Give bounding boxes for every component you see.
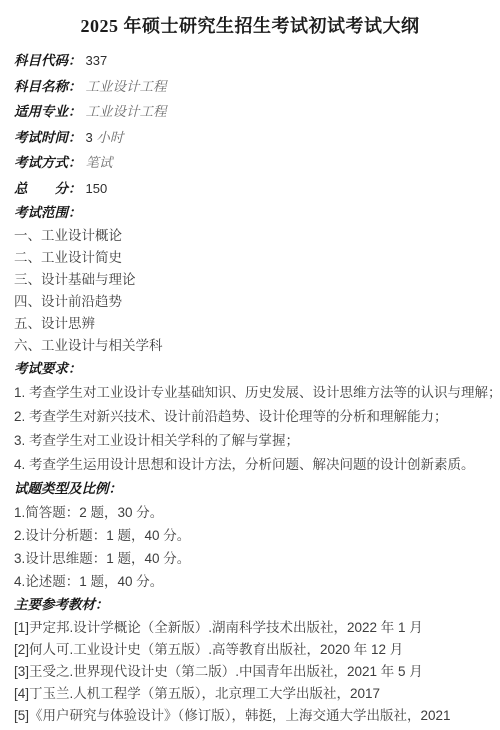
- meta-label: 适用专业：: [14, 104, 82, 119]
- subject-meta-section: 科目代码：337 科目名称：工业设计工程 适用专业：工业设计工程 考试时间：3 …: [14, 48, 486, 201]
- section-question-types: 试题类型及比例： 1.简答题：2 题，30 分。 2.设计分析题：1 题，40 …: [14, 477, 486, 593]
- text-line: [1]尹定邦.设计学概论（全新版）.湖南科学技术出版社，2022 年 1 月: [14, 617, 486, 639]
- text-line: 六、工业设计与相关学科: [14, 335, 486, 357]
- meta-value-plain: 150: [86, 181, 108, 196]
- exam-requirements-heading: 考试要求：: [14, 357, 486, 381]
- document-title: 2025 年硕士研究生招生考试初试考试大纲: [14, 14, 486, 38]
- meta-label: 科目名称：: [14, 79, 82, 94]
- text-line: [5]《用户研究与体验设计》（修订版），韩挺，上海交通大学出版社，2021: [14, 705, 486, 727]
- text-line: 1. 考查学生对工业设计专业基础知识、历史发展、设计思维方法等的认识与理解；: [14, 381, 486, 405]
- text-line: 三、设计基础与理论: [14, 269, 486, 291]
- meta-row: 总 分：150: [14, 176, 486, 202]
- references-list: [1]尹定邦.设计学概论（全新版）.湖南科学技术出版社，2022 年 1 月 […: [14, 617, 486, 727]
- text-line: 2. 考查学生对新兴技术、设计前沿趋势、设计伦理等的分析和理解能力；: [14, 405, 486, 429]
- meta-label: 总 分：: [14, 181, 82, 196]
- text-line: 4. 考查学生运用设计思想和设计方法，分析问题、解决问题的设计创新素质。: [14, 453, 486, 477]
- exam-outline-document: 2025 年硕士研究生招生考试初试考试大纲 科目代码：337 科目名称：工业设计…: [0, 0, 500, 730]
- section-references: 主要参考教材： [1]尹定邦.设计学概论（全新版）.湖南科学技术出版社，2022…: [14, 593, 486, 727]
- meta-row: 考试方式：笔试: [14, 150, 486, 176]
- meta-value-plain: 3: [86, 130, 97, 145]
- text-line: 一、工业设计概论: [14, 225, 486, 247]
- text-line: 五、设计思辨: [14, 313, 486, 335]
- meta-value-plain: 337: [86, 53, 108, 68]
- meta-label: 考试方式：: [14, 155, 82, 170]
- text-line: 二、工业设计简史: [14, 247, 486, 269]
- text-line: 1.简答题：2 题，30 分。: [14, 501, 486, 524]
- text-line: 四、设计前沿趋势: [14, 291, 486, 313]
- text-line: 4.论述题：1 题，40 分。: [14, 570, 486, 593]
- text-line: 3. 考查学生对工业设计相关学科的了解与掌握；: [14, 429, 486, 453]
- exam-scope-heading: 考试范围：: [14, 201, 486, 225]
- meta-row: 考试时间：3 小时: [14, 125, 486, 151]
- section-exam-scope: 考试范围： 一、工业设计概论 二、工业设计简史 三、设计基础与理论 四、设计前沿…: [14, 201, 486, 357]
- meta-row: 科目名称：工业设计工程: [14, 74, 486, 100]
- meta-value-kai: 笔试: [86, 155, 113, 170]
- meta-value-kai: 工业设计工程: [86, 104, 167, 119]
- meta-label: 考试时间：: [14, 130, 82, 145]
- text-line: 2.设计分析题：1 题，40 分。: [14, 524, 486, 547]
- text-line: [2]何人可.工业设计史（第五版）.高等教育出版社，2020 年 12 月: [14, 639, 486, 661]
- exam-requirements-list: 1. 考查学生对工业设计专业基础知识、历史发展、设计思维方法等的认识与理解； 2…: [14, 381, 486, 477]
- text-line: [4]丁玉兰.人机工程学（第五版），北京理工大学出版社，2017: [14, 683, 486, 705]
- meta-value-kai: 小时: [96, 130, 123, 145]
- meta-label: 科目代码：: [14, 53, 82, 68]
- meta-row: 适用专业：工业设计工程: [14, 99, 486, 125]
- exam-scope-list: 一、工业设计概论 二、工业设计简史 三、设计基础与理论 四、设计前沿趋势 五、设…: [14, 225, 486, 357]
- question-types-list: 1.简答题：2 题，30 分。 2.设计分析题：1 题，40 分。 3.设计思维…: [14, 501, 486, 593]
- text-line: 3.设计思维题：1 题，40 分。: [14, 547, 486, 570]
- question-types-heading: 试题类型及比例：: [14, 477, 486, 501]
- meta-row: 科目代码：337: [14, 48, 486, 74]
- references-heading: 主要参考教材：: [14, 593, 486, 617]
- text-line: [3]王受之.世界现代设计史（第二版）.中国青年出版社，2021 年 5 月: [14, 661, 486, 683]
- meta-value-kai: 工业设计工程: [86, 79, 167, 94]
- section-exam-requirements: 考试要求： 1. 考查学生对工业设计专业基础知识、历史发展、设计思维方法等的认识…: [14, 357, 486, 477]
